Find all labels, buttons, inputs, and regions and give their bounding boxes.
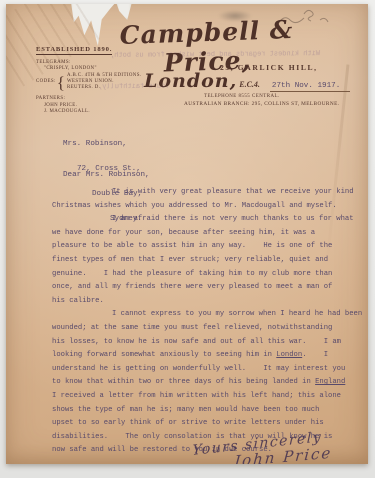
torn-edge-notch bbox=[116, 4, 132, 22]
partner-name: J. MACDOUGALL. bbox=[44, 109, 90, 115]
body-line: upset to so early think of or strive to … bbox=[52, 417, 352, 431]
branch-line: AUSTRALIAN BRANCH: 295, COLLINS ST, MELB… bbox=[184, 101, 339, 107]
body-line: wounded; at the same time you must feel … bbox=[52, 322, 352, 336]
codes-line: REUTERS. D. bbox=[67, 85, 142, 91]
body-line: genuine. I had the pleasure of taking hi… bbox=[52, 268, 352, 282]
body-line: once, and all my friends there were very… bbox=[52, 281, 352, 295]
body-line: his calibre. bbox=[52, 295, 352, 309]
body-line: pleasure to be able to assist him in any… bbox=[52, 240, 352, 254]
body-line: we have done for your son, because after… bbox=[52, 227, 352, 241]
body-line: Christmas wishes which you addressed to … bbox=[52, 200, 352, 214]
telegrams-value: "CRISPLY, LONDON" bbox=[44, 66, 97, 72]
recipient-line: Mrs. Robinson, bbox=[63, 140, 142, 148]
body-line: I cannot express to you my sorrow when I… bbox=[52, 308, 352, 322]
salutation: Dear Mrs. Robinson, bbox=[63, 171, 150, 179]
partners-label: PARTNERS: bbox=[36, 96, 65, 102]
body-line: to know that within two or three days of… bbox=[52, 376, 352, 390]
city-and-date-row: London, E.C.4. 27th Nov. 1917. bbox=[144, 70, 350, 92]
body-line: I am afraid there is not very much thank… bbox=[52, 213, 352, 227]
postal-district: E.C.4. bbox=[239, 80, 260, 89]
body-line: understand he is getting on wonderfully … bbox=[52, 363, 352, 377]
body-line: looking forward somewhat anxiously to se… bbox=[52, 349, 352, 363]
letter-page: With kindest regards and best wishes fro… bbox=[6, 4, 368, 464]
body-line: I received a letter from him written wit… bbox=[52, 390, 352, 404]
letter-date: 27th Nov. 1917. bbox=[270, 82, 350, 92]
body-line: It is with very great pleasure that we r… bbox=[52, 186, 352, 200]
body-line: his losses, to know he is now safe and o… bbox=[52, 336, 352, 350]
city-script: London, bbox=[144, 70, 237, 92]
brace-glyph: { bbox=[57, 74, 65, 91]
body-line: shows the type of man he is; many men wo… bbox=[52, 404, 352, 418]
body-line: finest types of men that I ever struck; … bbox=[52, 254, 352, 268]
codes-label: CODES: bbox=[36, 79, 56, 85]
telephone-line: TELEPHONE 8555 CENTRAL. bbox=[204, 94, 280, 99]
letter-body: It is with very great pleasure that we r… bbox=[52, 186, 352, 458]
